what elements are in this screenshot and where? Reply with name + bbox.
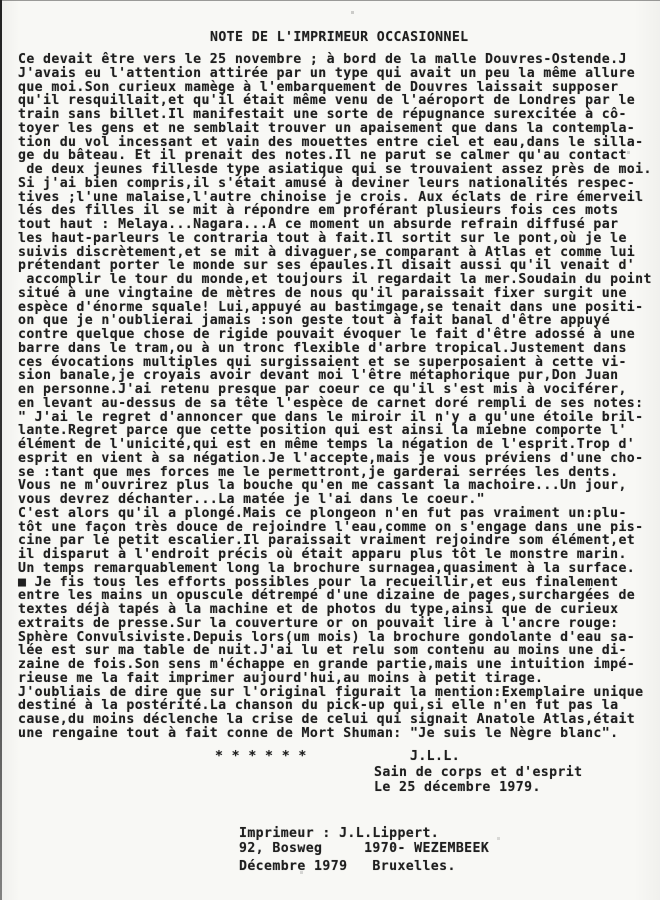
- scan-edge-artifact-top: [0, 0, 660, 1]
- signature-motto: Sain de corps et d'esprit: [374, 765, 583, 780]
- body-text: Ce devait être vers le 25 novembre ; à b…: [18, 53, 652, 741]
- signature-initials: J.L.L.: [410, 749, 460, 764]
- colophon-printer: Imprimeur : J.L.Lippert.: [239, 826, 439, 841]
- document-title: NOTE DE L'IMPRIMEUR OCCASIONNEL: [210, 30, 469, 45]
- scan-edge-artifact-left: [0, 0, 2, 900]
- signature-date: Le 25 décembre 1979.: [374, 780, 541, 795]
- separator-asterisks: * * * * * *: [215, 749, 307, 764]
- scan-noise-specks: [0, 0, 1, 1]
- colophon-date-place: Décembre 1979 Bruxelles.: [239, 859, 456, 874]
- scanned-page: NOTE DE L'IMPRIMEUR OCCASIONNEL Ce devai…: [0, 0, 660, 900]
- colophon-address: 92, Bosweg 1970- WEZEMBEEK: [239, 841, 489, 856]
